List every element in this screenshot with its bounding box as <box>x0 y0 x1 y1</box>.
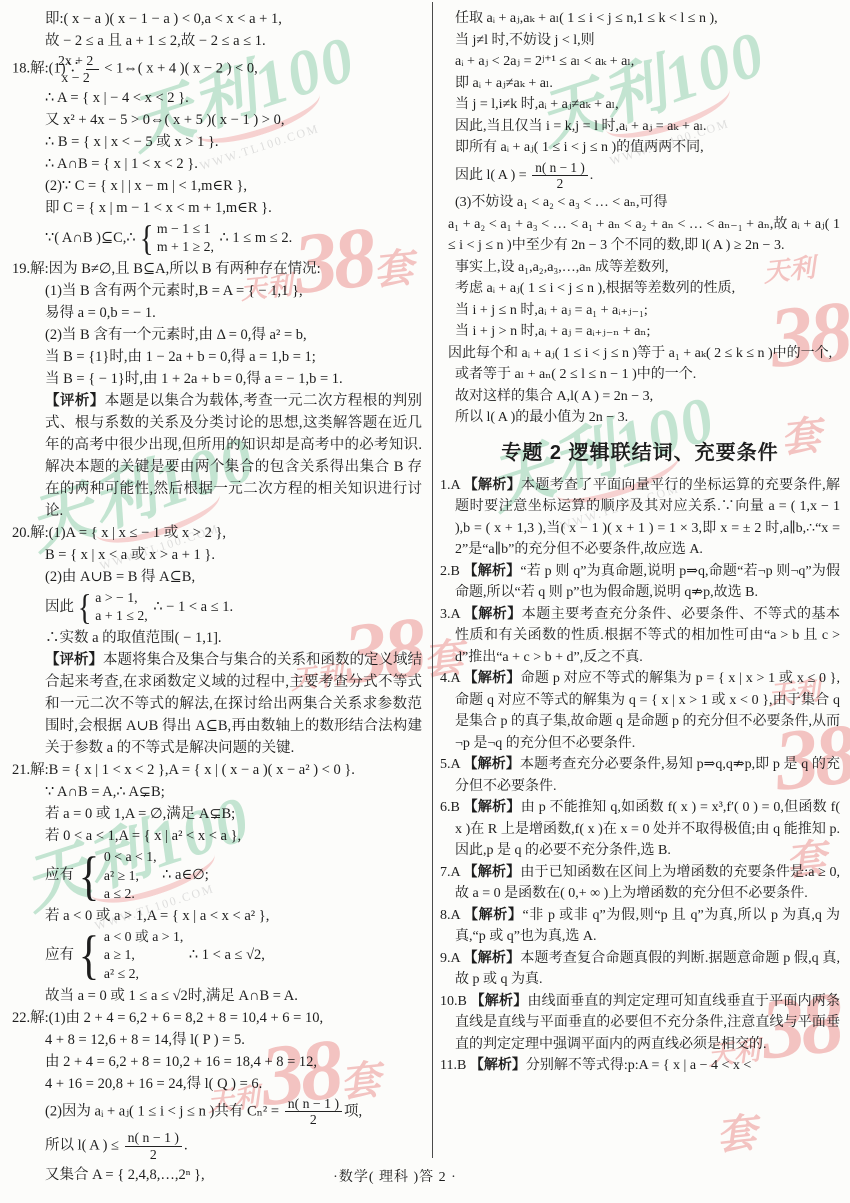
text-line: 易得 a = 0,b = − 1. <box>45 302 422 324</box>
text-line: 应有{a < 0 或 a > 1,a ≥ 1,a² ≤ 2, ∴ 1 < a ≤… <box>45 927 422 985</box>
cases-brace: {a < 0 或 a > 1,a ≥ 1,a² ≤ 2, <box>76 928 183 984</box>
text-line: 1.A 【解析】本题考查了平面向量平行的坐标运算的充要条件,解题时要注意坐标运算… <box>440 475 840 561</box>
text-line: 由 2 + 4 = 6,2 + 8 = 10,2 + 16 = 18,4 + 8… <box>45 1051 422 1073</box>
text-line: 20.解:(1)A = { x | x ≤ − 1 或 x > 2 }, <box>45 522 422 544</box>
text-line: 【评析】本题将集合及集合与集合的关系和函数的定义域结合起来考查,在求函数定义域的… <box>45 649 422 759</box>
answer-key-page: { "page": { "footer": "·数学( 理科 )答 2 ·" }… <box>0 0 850 1203</box>
text-line: 11.B 【解析】分别解不等式得:p:A = { x | a − 4 < x < <box>440 1055 840 1077</box>
text-line: 10.B 【解析】由线面垂直的判定定理可知直线垂直于平面内两条直线是直线与平面垂… <box>440 991 840 1056</box>
text-line: aᵢ + aⱼ < 2aⱼ = 2ʲ⁺¹ ≤ aₗ < aₖ + aₗ, <box>440 51 840 73</box>
text-line: 任取 aᵢ + aⱼ,aₖ + aₗ( 1 ≤ i < j ≤ n,1 ≤ k … <box>440 8 840 30</box>
text-line: 因此 l( A ) = n( n − 1 )2. <box>440 159 840 193</box>
text-line: (2)由 A∪B = B 得 A⊆B, <box>45 566 422 588</box>
text-line: 即 aᵢ + aⱼ≠aₖ + aₗ. <box>440 73 840 95</box>
text-line: ∴ B = { x | x < − 5 或 x > 1 }. <box>45 131 422 153</box>
text-line: ∴ A∩B = { x | 1 < x < 2 }. <box>45 153 422 175</box>
text-line: 所以 l( A ) ≤ n( n − 1 )2. <box>45 1129 422 1164</box>
text-line: (1)当 B 含有两个元素时,B = A = { − 1,1 }, <box>45 280 422 302</box>
text-line: 若 a = 0 或 1,A = ∅,满足 A⊊B; <box>45 803 422 825</box>
text-line: 若 a < 0 或 a > 1,A = { x | a < x < a² }, <box>45 905 422 927</box>
text-line: 因此{a > − 1,a + 1 ≤ 2, ∴ − 1 < a ≤ 1. <box>45 588 422 627</box>
text-line: 又 x² + 4x − 5 > 0⇔( x + 5 )( x − 1 ) > 0… <box>45 109 422 131</box>
right-column: 任取 aᵢ + aⱼ,aₖ + aₗ( 1 ≤ i < j ≤ n,1 ≤ k … <box>440 8 840 1077</box>
text-line: 当 i + j > n 时,aᵢ + aⱼ = aᵢ₊ⱼ₋ₙ + aₙ; <box>440 321 840 343</box>
text-line: 因此每个和 aᵢ + aⱼ( 1 ≤ i < j ≤ n )等于 a₁ + aₖ… <box>440 343 840 365</box>
left-column: 即:( x − a )( x − 1 − a ) < 0,a < x < a +… <box>12 8 422 1186</box>
text-line: 所以 l( A )的最小值为 2n − 3. <box>440 407 840 429</box>
fraction: n( n − 1 )2 <box>125 1130 182 1163</box>
text-line: 19.解:因为 B≠∅,且 B⊆A,所以 B 有两种存在情况: <box>45 258 422 280</box>
text-line: 即所有 aᵢ + aⱼ( 1 ≤ i < j ≤ n )的值两两不同, <box>440 137 840 159</box>
text-line: 或者等于 aₗ + aₙ( 2 ≤ l ≤ n − 1 )中的一个. <box>440 364 840 386</box>
text-line: 18.解:(1)∵ 2x + 2x − 2 < 1⇔( x + 4 )( x −… <box>45 52 422 87</box>
text-line: (2)因为 aᵢ + aⱼ( 1 ≤ i < j ≤ n )共有 Cₙ² = n… <box>45 1095 422 1130</box>
text-line: 故对这样的集合 A,l( A ) = 2n − 3, <box>440 386 840 408</box>
text-line: 7.A 【解析】由于已知函数在区间上为增函数的充要条件是:a ≥ 0,故 a =… <box>440 862 840 905</box>
text-line: 即:( x − a )( x − 1 − a ) < 0,a < x < a +… <box>45 8 422 30</box>
text-line: 故 − 2 ≤ a 且 a + 1 ≤ 2,故 − 2 ≤ a ≤ 1. <box>45 30 422 52</box>
text-line: 2.B 【解析】“若 p 则 q”为真命题,说明 p⇒q,命题“若¬p 则¬q”… <box>440 561 840 604</box>
text-line: 考虑 aᵢ + aⱼ( 1 ≤ i < j ≤ n ),根据等差数列的性质, <box>440 278 840 300</box>
fraction: n( n − 1 )2 <box>532 160 588 192</box>
text-line: 21.解:B = { x | 1 < x < 2 },A = { x | ( x… <box>45 759 422 781</box>
section-heading: 专题 2 逻辑联结词、充要条件 <box>440 438 840 468</box>
text-line: 当 B = {1}时,由 1 − 2a + b = 0,得 a = 1,b = … <box>45 346 422 368</box>
text-line: 当 B = { − 1}时,由 1 + 2a + b = 0,得 a = − 1… <box>45 368 422 390</box>
text-line: ∵( A∩B )⊆C,∴{m − 1 ≤ 1m + 1 ≥ 2, ∴ 1 ≤ m… <box>45 219 422 258</box>
text-line: 3.A 【解析】本题主要考查充分条件、必要条件、不等式的基本性质和有关函数的性质… <box>440 604 840 669</box>
text-line: (2)当 B 含有一个元素时,由 Δ = 0,得 a² = b, <box>45 324 422 346</box>
text-line: 即 C = { x | m − 1 < x < m + 1,m∈R }. <box>45 197 422 219</box>
text-line: 【评析】本题是以集合为载体,考查一元二次方程根的判别式、根与系数的关系及分类讨论… <box>45 390 422 522</box>
text-line: 6.B 【解析】由 p 不能推知 q,如函数 f( x ) = x³,f′( 0… <box>440 797 840 862</box>
text-line: 因此,当且仅当 i = k,j = l 时,aᵢ + aⱼ = aₖ + aₗ. <box>440 116 840 138</box>
text-line: a₁ + a₂ < a₁ + a₃ < … < a₁ + aₙ < a₂ + a… <box>440 214 840 257</box>
text-line: 应有{0 < a < 1,a² ≥ 1,a ≤ 2. ∴ a∈∅; <box>45 847 422 905</box>
text-line: 5.A 【解析】本题考查充分必要条件,易知 p⇒q,q⇏p,即 p 是 q 的充… <box>440 754 840 797</box>
text-line: 9.A 【解析】本题考查复合命题真假的判断.据题意命题 p 假,q 真,故 p … <box>440 948 840 991</box>
fraction: n( n − 1 )2 <box>285 1096 342 1129</box>
fraction: 2x + 2x − 2 <box>86 53 99 86</box>
text-line: 8.A 【解析】“非 p 或非 q”为假,则“p 且 q”为真,所以 p 为真,… <box>440 905 840 948</box>
text-line: 4.A 【解析】命题 p 对应不等式的解集为 p = { x | x > 1 或… <box>440 668 840 754</box>
column-divider <box>432 2 433 1158</box>
text-line: ∵ A∩B = A,∴ A⊊B; <box>45 781 422 803</box>
text-line: ∴实数 a 的取值范围( − 1,1]. <box>45 627 422 649</box>
text-line: B = { x | x < a 或 x > a + 1 }. <box>45 544 422 566</box>
text-line: (3)不妨设 a₁ < a₂ < a₃ < … < aₙ,可得 <box>440 192 840 214</box>
text-line: 当 j≠l 时,不妨设 j < l,则 <box>440 30 840 52</box>
page-footer: ·数学( 理科 )答 2 · <box>0 1166 790 1186</box>
text-line: 4 + 16 = 20,8 + 16 = 24,得 l( Q ) = 6. <box>45 1073 422 1095</box>
text-line: 22.解:(1)由 2 + 4 = 6,2 + 6 = 8,2 + 8 = 10… <box>45 1007 422 1029</box>
text-line: (2)∵ C = { x | | x − m | < 1,m∈R }, <box>45 175 422 197</box>
text-line: 若 0 < a < 1,A = { x | a² < x < a }, <box>45 825 422 847</box>
text-line: 当 i + j ≤ n 时,aᵢ + aⱼ = a₁ + aᵢ₊ⱼ₋₁; <box>440 300 840 322</box>
text-line: 4 + 8 = 12,6 + 8 = 14,得 l( P ) = 5. <box>45 1029 422 1051</box>
cases-brace: {0 < a < 1,a² ≥ 1,a ≤ 2. <box>76 848 157 904</box>
cases-brace: {a > − 1,a + 1 ≤ 2, <box>76 589 148 626</box>
text-line: 当 j = l,i≠k 时,aᵢ + aⱼ≠aₖ + aₗ, <box>440 94 840 116</box>
text-line: ∴ A = { x | − 4 < x < 2 }. <box>45 87 422 109</box>
text-line: 事实上,设 a₁,a₂,a₃,…,aₙ 成等差数列, <box>440 257 840 279</box>
text-line: 故当 a = 0 或 1 ≤ a ≤ √2时,满足 A∩B = A. <box>45 985 422 1007</box>
cases-brace: {m − 1 ≤ 1m + 1 ≥ 2, <box>138 220 214 257</box>
